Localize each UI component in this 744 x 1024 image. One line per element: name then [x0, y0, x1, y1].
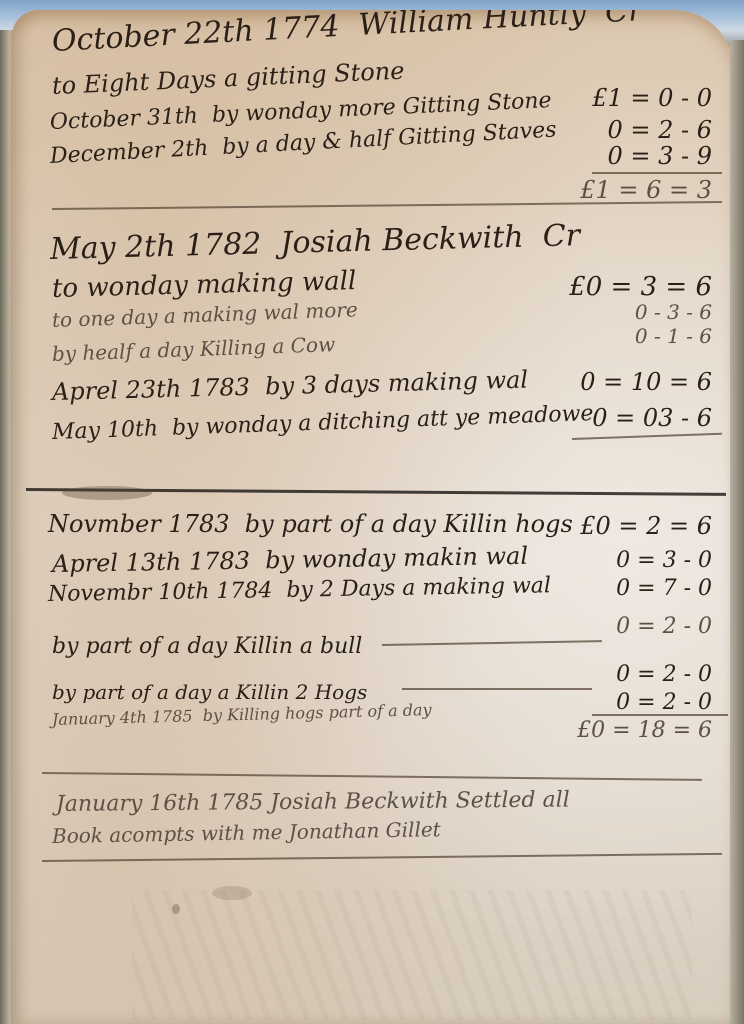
entry-date: Novembr 10th 1784	[48, 578, 273, 607]
ledger-page: October 22th 1774 William Huntly Cr to E…	[12, 10, 734, 1024]
ledger-entry: by part of a day Killin a bull	[52, 634, 362, 659]
credit-mark: Cr	[604, 10, 643, 30]
entry-amount: £1 = 0 - 0	[592, 84, 712, 112]
entry-date: Aprel 23th 1783	[52, 373, 251, 406]
entry-amount: 0 = 2 - 0	[616, 662, 712, 687]
entry-amount: 0 = 03 - 6	[592, 404, 712, 432]
entry-description: by 2 Days a making wal	[286, 573, 551, 603]
entry-date: May 10th	[52, 416, 159, 445]
entry-date: Novmber 1783	[48, 510, 230, 538]
entry-description: by part of a day a Killin 2 Hogs	[52, 680, 367, 704]
ledger-entry: by part of a day a Killin 2 Hogs	[52, 680, 367, 704]
entry-date: January 4th 1785	[52, 706, 193, 729]
ledger-entry: May 10th by wonday a ditching att ye mea…	[52, 401, 594, 445]
entry-date: December 2th	[49, 136, 209, 169]
header-name: Josiah Beckwith	[280, 220, 524, 261]
settlement-line-1: January 16th 1785 Josiah Beckwith Settle…	[56, 788, 570, 817]
entry-amount: 0 = 2 - 0	[616, 690, 712, 715]
ink-blot	[62, 486, 152, 500]
entry-amount: £0 = 3 = 6	[569, 272, 712, 302]
entry-leader	[402, 688, 592, 690]
account-header: October 22th 1774 William Huntly Cr	[51, 10, 643, 59]
entry-amount: 0 = 3 - 0	[616, 548, 712, 573]
entry-description: by 3 days making wal	[265, 366, 529, 401]
header-name: William Huntly	[358, 10, 587, 43]
entry-amount: £0 = 2 = 6	[580, 512, 712, 540]
total-rule	[592, 714, 728, 716]
entry-description: by part of a day Killin a bull	[52, 634, 362, 659]
entry-amount: 0 = 7 - 0	[616, 576, 712, 601]
account-header: May 2th 1782 Josiah Beckwith Cr	[50, 218, 581, 267]
entry-description: to Eight Days a gitting Stone	[51, 57, 405, 100]
credit-mark: Cr	[542, 218, 580, 254]
section-total: £1 = 6 = 3	[580, 176, 712, 204]
ledger-entry: by healf a day Killing a Cow	[52, 332, 336, 366]
section-divider	[52, 201, 722, 210]
entry-description: by wonday a ditching att ye meadowe	[172, 401, 594, 441]
page-shadow	[730, 40, 744, 1024]
ledger-entry: Novembr 10th 1784 by 2 Days a making wal	[48, 573, 551, 607]
entry-description: by wonday makin wal	[265, 542, 528, 575]
total-rule	[592, 172, 722, 174]
entry-amount: 0 = 3 - 9	[607, 142, 712, 170]
ink-spot	[212, 886, 252, 900]
entry-amount: 0 = 2 - 0	[616, 614, 712, 639]
entry-leader	[382, 640, 602, 646]
entry-description: by part of a day Killin hogs	[245, 510, 573, 538]
ledger-entry: Novmber 1783 by part of a day Killin hog…	[48, 510, 573, 538]
header-date: October 22th 1774	[51, 10, 340, 59]
settlement-line-2: Book acompts with me Jonathan Gillet	[52, 817, 441, 848]
entry-amount: 0 - 3 - 6	[635, 300, 712, 324]
settlement-rule-top	[42, 772, 702, 781]
total-rule	[572, 433, 722, 440]
entry-amount: 0 - 1 - 6	[635, 324, 712, 348]
ledger-entry: Aprel 23th 1783 by 3 days making wal	[52, 366, 529, 406]
bleed-through-text	[132, 890, 692, 1020]
section-total: £0 = 18 = 6	[577, 718, 712, 743]
entry-amount: 0 = 2 - 6	[607, 116, 712, 144]
ledger-entry: Aprel 13th 1783 by wonday makin wal	[52, 542, 528, 578]
ink-spot	[172, 904, 180, 914]
ledger-entry: to Eight Days a gitting Stone	[51, 57, 405, 100]
header-date: May 2th 1782	[50, 226, 262, 267]
entry-date: October 31th	[49, 104, 198, 135]
ledger-entry: January 4th 1785 by Killing hogs part of…	[52, 700, 432, 729]
entry-amount: 0 = 10 = 6	[580, 368, 712, 396]
entry-date: Aprel 13th 1783	[52, 547, 250, 578]
entry-description: by healf a day Killing a Cow	[52, 332, 336, 366]
settlement-rule-bottom	[42, 853, 722, 862]
